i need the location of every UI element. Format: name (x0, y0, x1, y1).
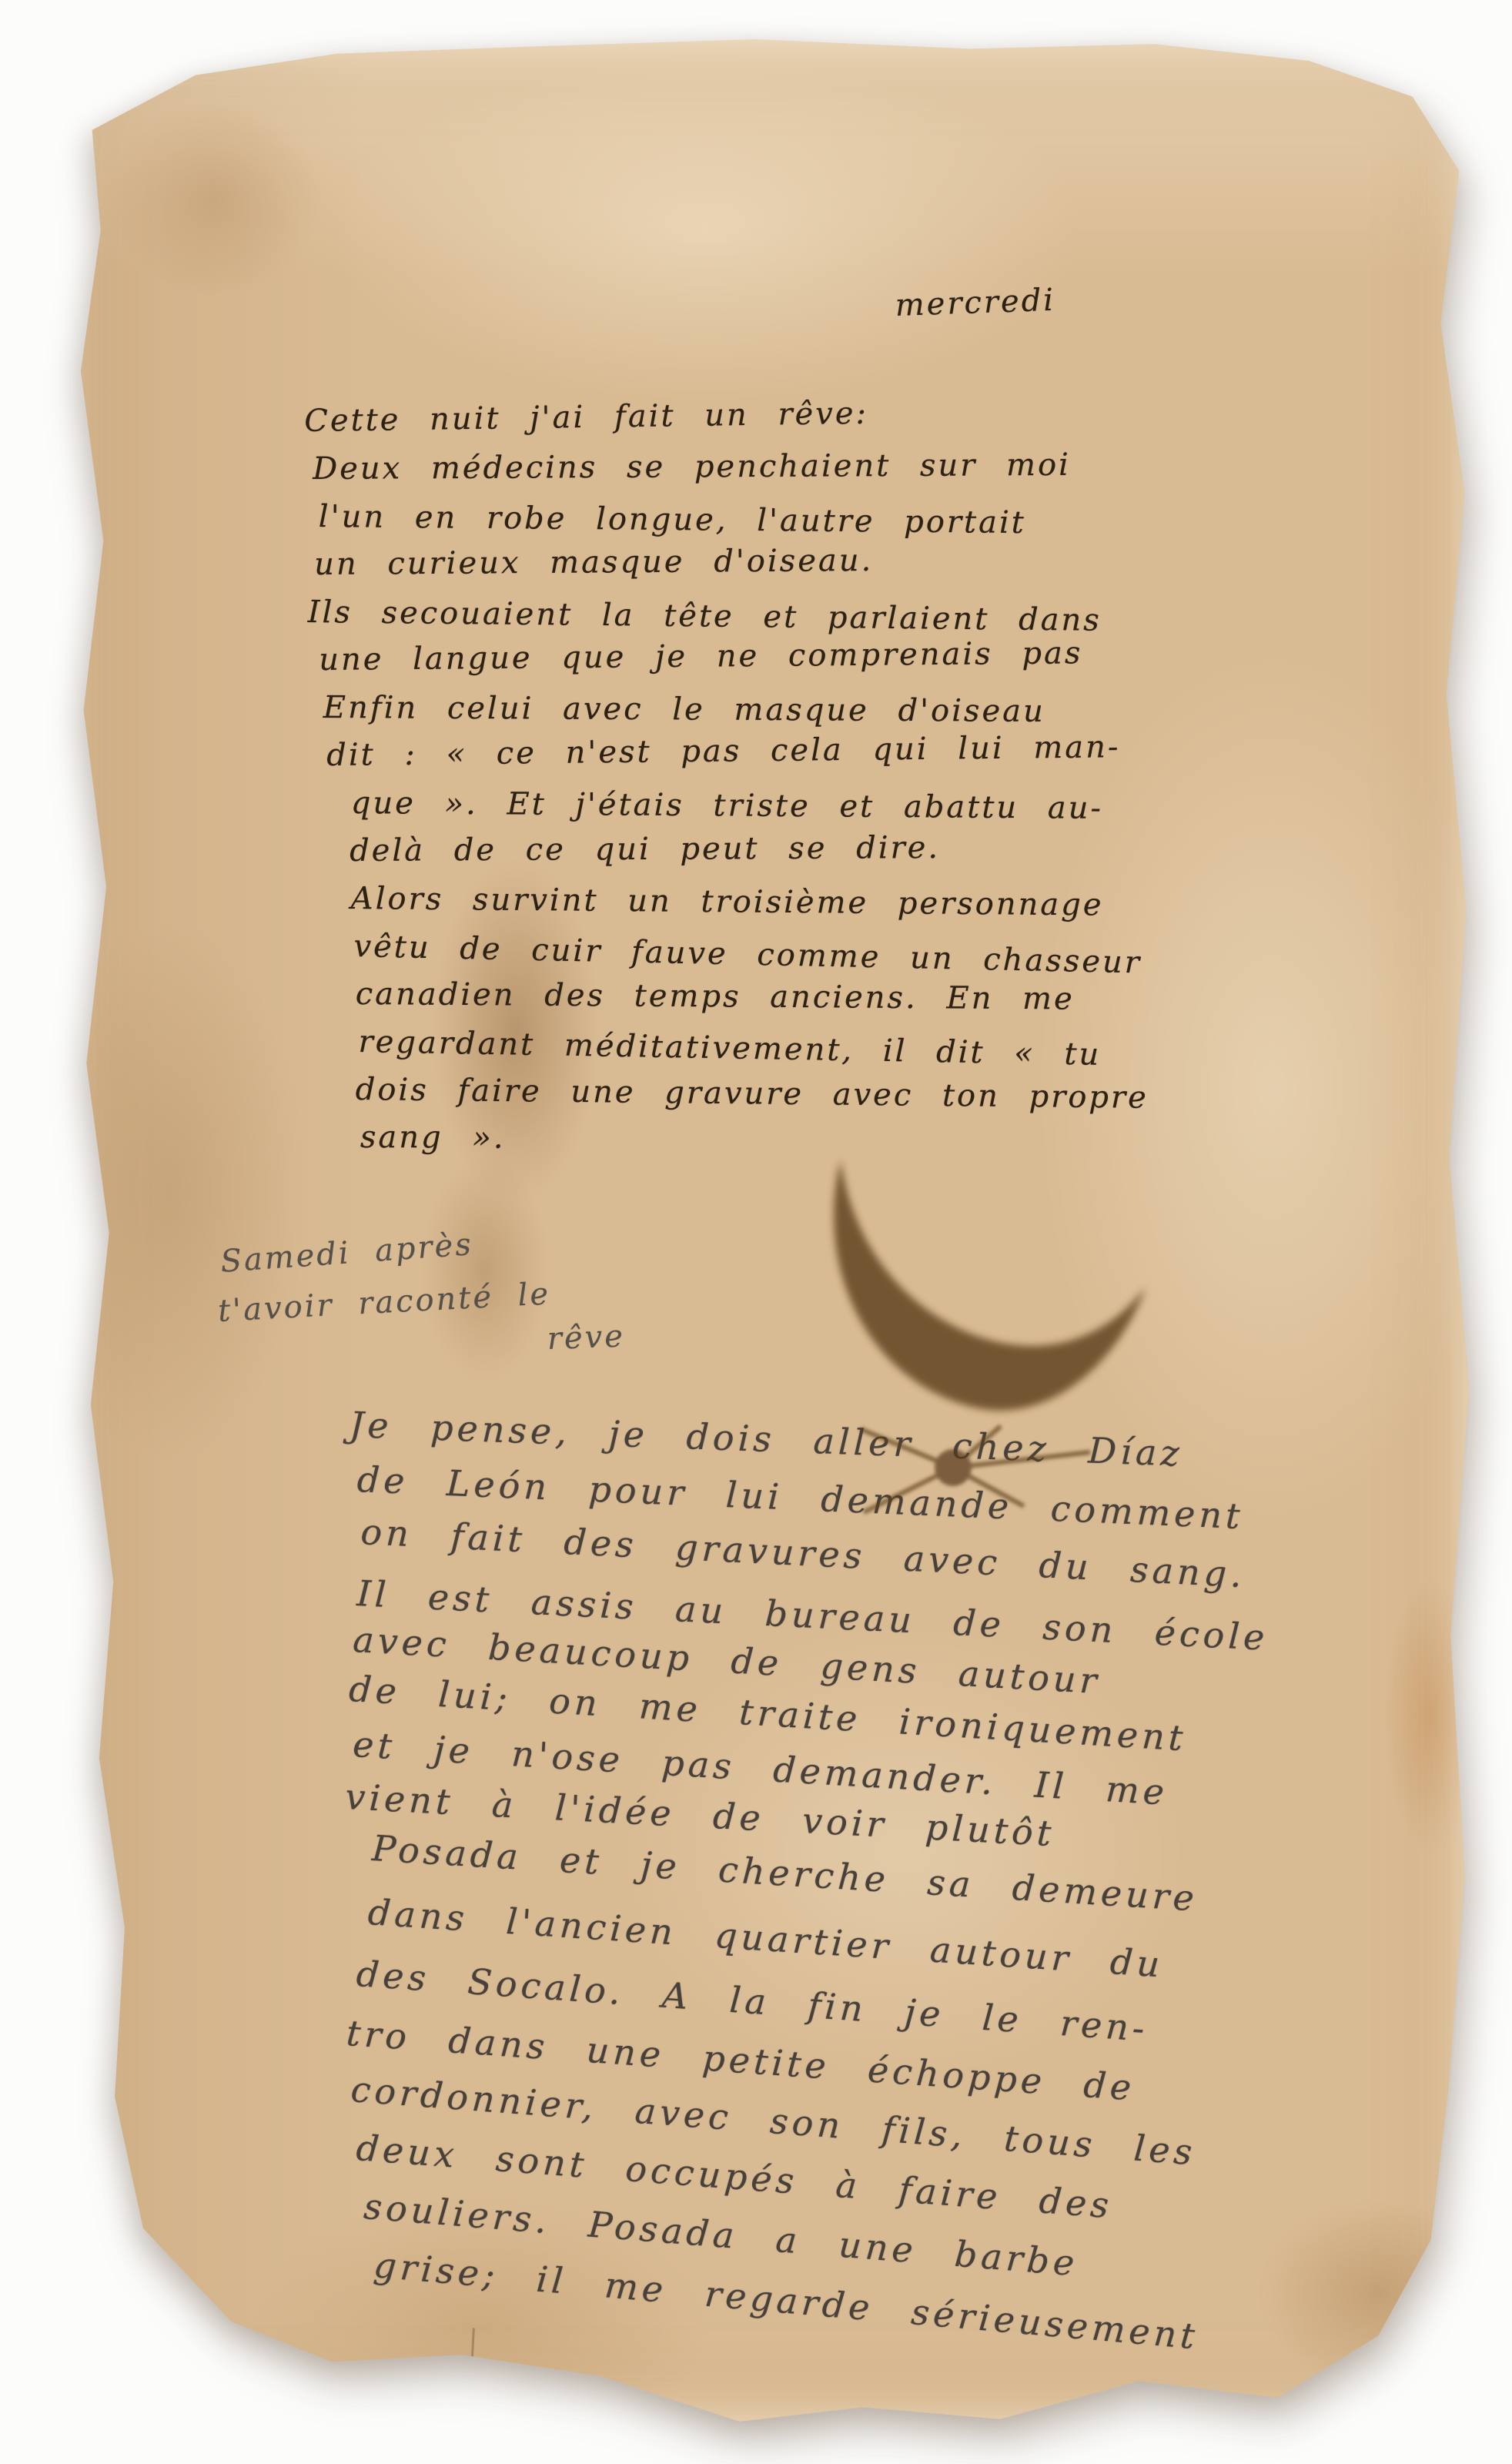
manuscript-line: Deux médecins se penchaient sur moi (313, 447, 1071, 487)
manuscript-line: Cette nuit j'ai fait un rêve: (304, 396, 868, 439)
manuscript-line: Alors survint un troisième personnage (351, 881, 1104, 923)
manuscript-line: Samedi après (219, 1227, 474, 1280)
manuscript-line: l'un en robe longue, l'autre portait (319, 499, 1026, 541)
manuscript-line: rêve (547, 1318, 626, 1356)
manuscript-line: Enfin celui avec le masque d'oiseau (323, 690, 1045, 729)
manuscript-line: dit : « ce n'est pas cela qui lui man- (326, 729, 1121, 773)
manuscript-line: Ils secouaient la tête et parlaient dans (308, 594, 1102, 638)
manuscript-line: t'avoir raconté le (217, 1276, 551, 1329)
photo-background: mercredi Cette nuit j'ai fait un rêve:De… (0, 0, 1512, 2464)
manuscript-paper: mercredi Cette nuit j'ai fait un rêve:De… (54, 37, 1470, 2424)
paper-fiber-mark (467, 2328, 475, 2443)
manuscript-line: regardant méditativement, il dit « tu (358, 1024, 1101, 1073)
manuscript-line: que ». Et j'étais triste et abattu au- (351, 785, 1103, 826)
manuscript-paper-wrap: mercredi Cette nuit j'ai fait un rêve:De… (54, 37, 1470, 2424)
entry-date-heading: mercredi (895, 283, 1056, 323)
manuscript-line: un curieux masque d'oiseau. (314, 543, 873, 582)
manuscript-line: dois faire une gravure avec ton propre (356, 1072, 1149, 1116)
manuscript-line: canadien des temps anciens. En me (356, 976, 1075, 1017)
manuscript-line: une langue que je ne comprenais pas (319, 635, 1083, 678)
manuscript-line: vêtu de cuir fauve comme un chasseur (353, 929, 1142, 980)
manuscript-line: sang ». (360, 1120, 506, 1156)
manuscript-line: delà de ce qui peut se dire. (350, 830, 940, 869)
